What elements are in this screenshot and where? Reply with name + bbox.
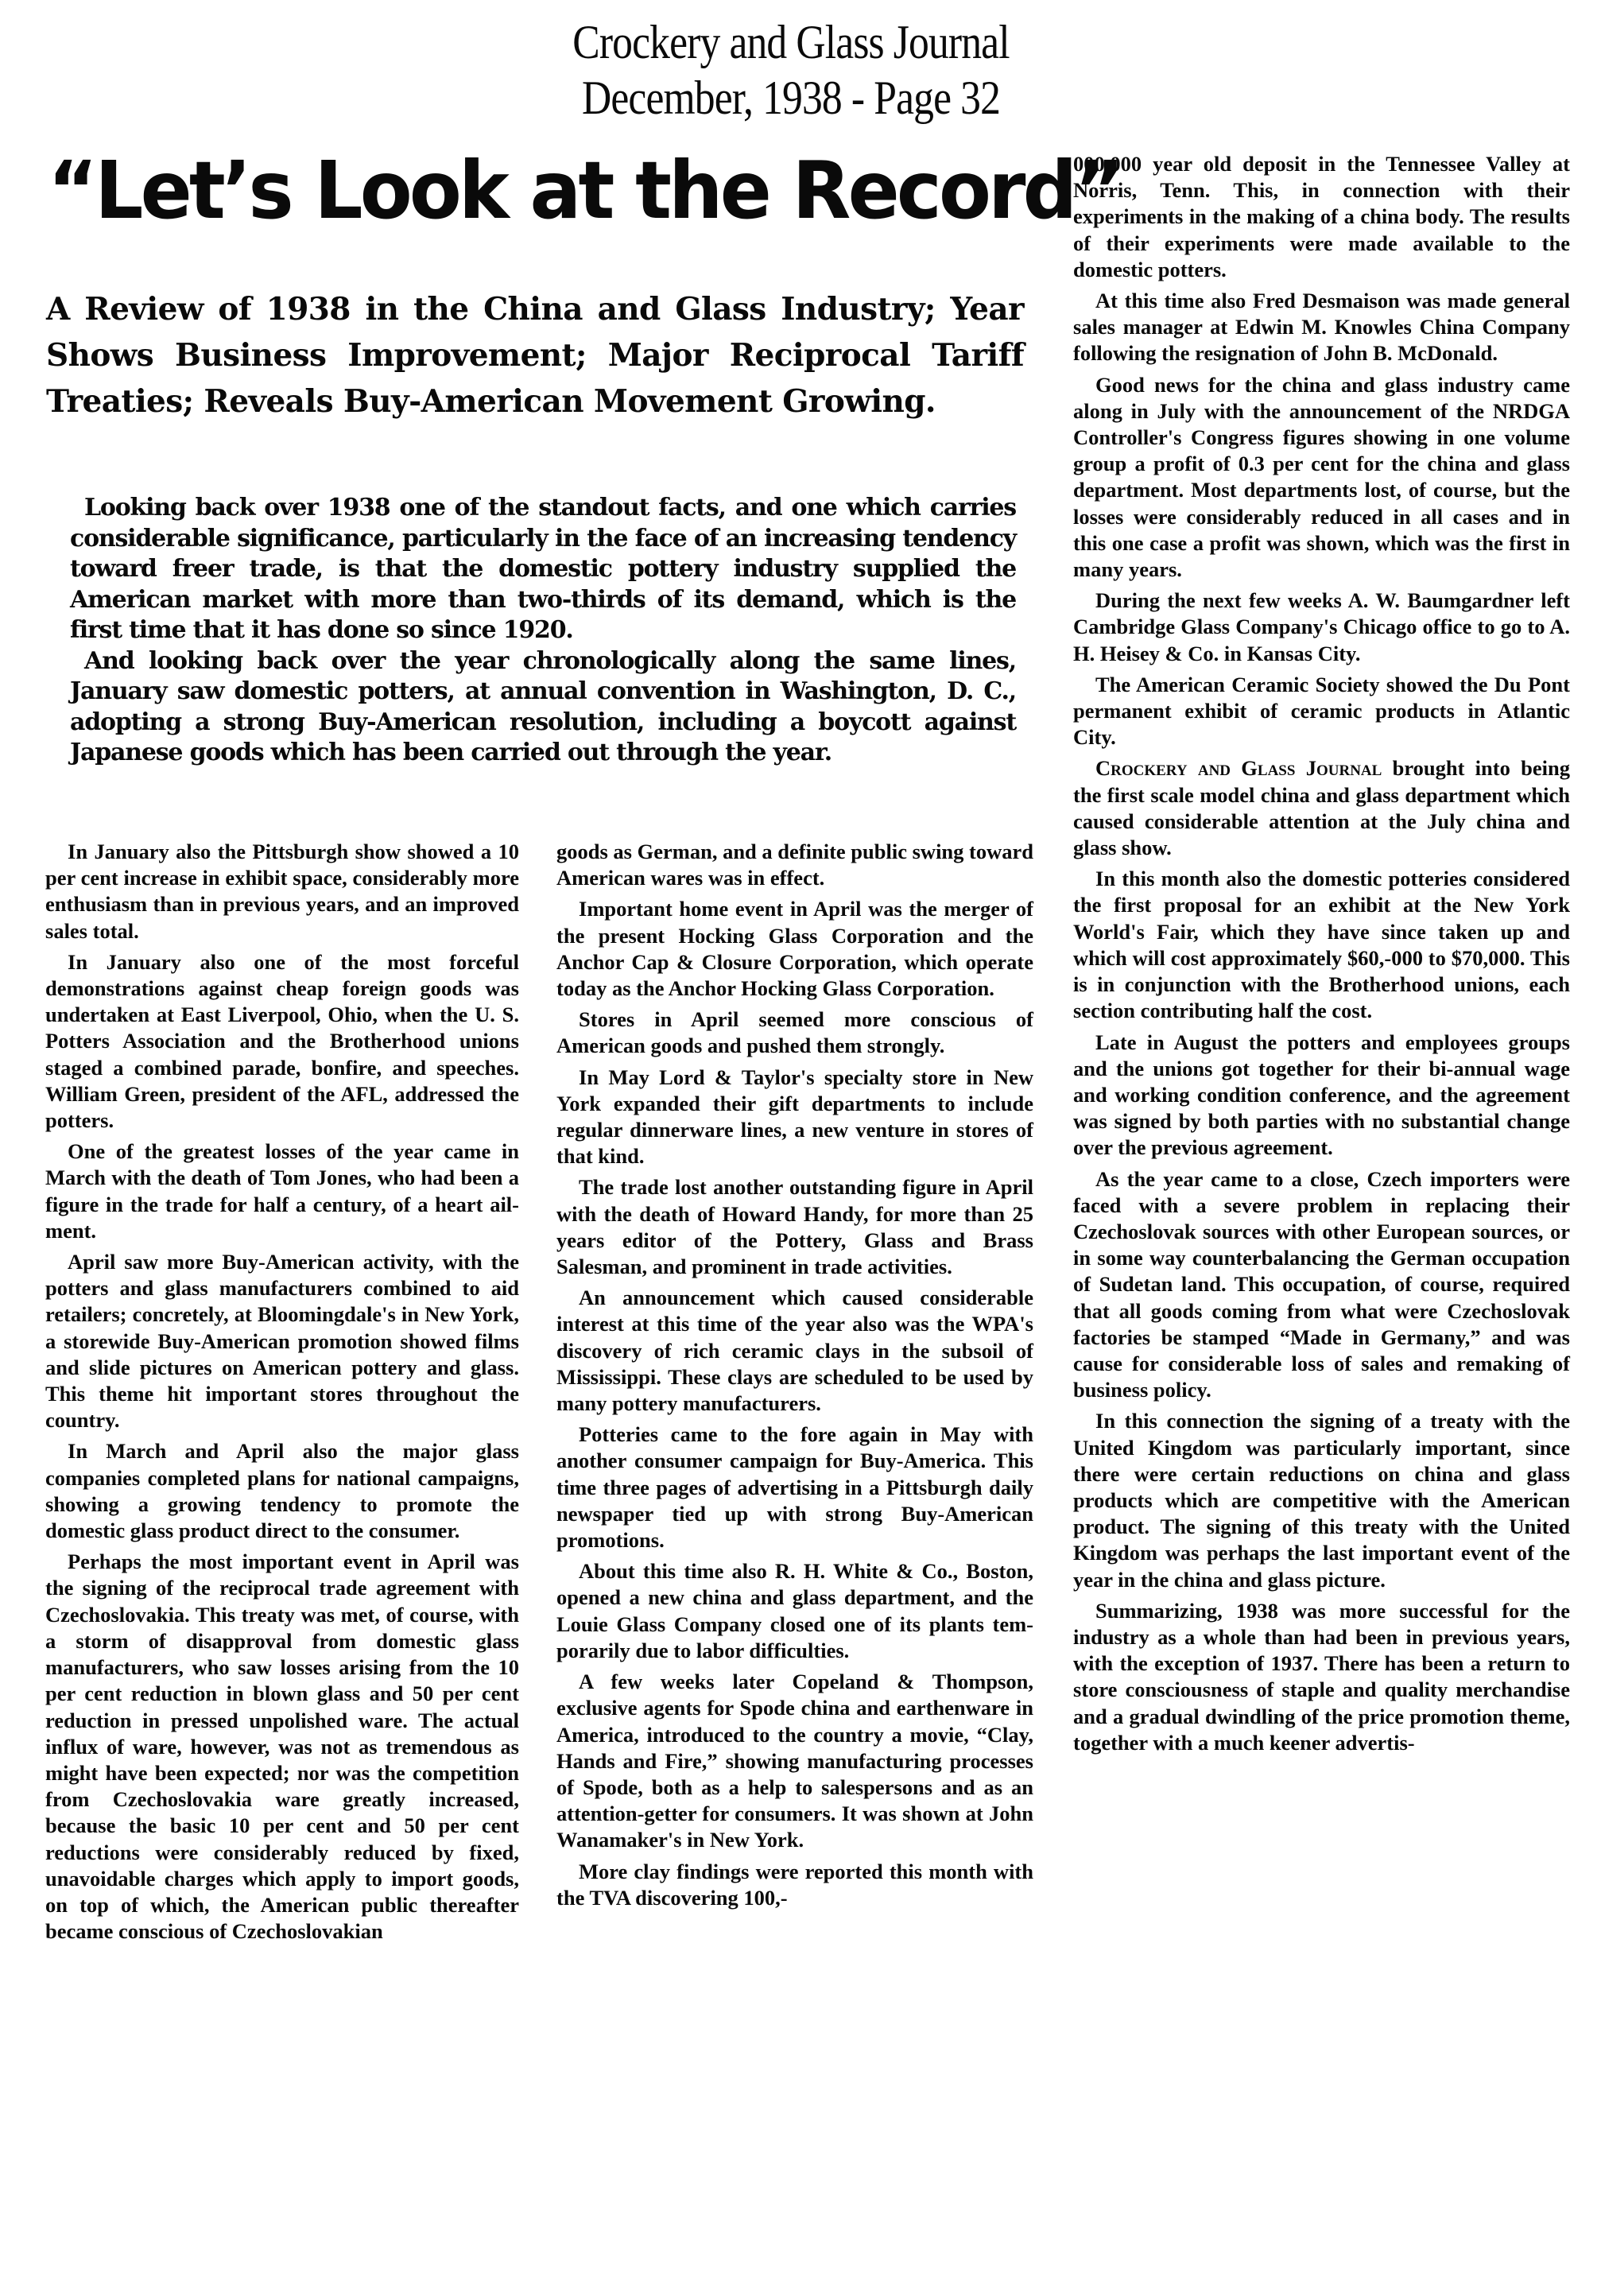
paragraph: Summarizing, 1938 was more success­ful f… [1073, 1598, 1570, 1756]
paragraph-continued: 000,000 year old deposit in the Tennes­s… [1073, 151, 1570, 283]
publication-name-smallcaps: Crockery and Glass Journal [1095, 756, 1382, 780]
masthead: Crockery and Glass Journal December, 193… [521, 14, 1060, 126]
paragraph: Late in August the potters and em­ployee… [1073, 1030, 1570, 1162]
paragraph: In this connection the signing of a trea… [1073, 1408, 1570, 1592]
issue-date-page: December, 1938 - Page 32 [521, 70, 1060, 126]
paragraph: More clay findings were reported this mo… [556, 1859, 1033, 1911]
paragraph: During the next few weeks A. W. Baumgard… [1073, 588, 1570, 667]
paragraph: Stores in April seemed more con­scious o… [556, 1006, 1033, 1059]
paragraph: In January also one of the most force­fu… [45, 949, 519, 1134]
paragraph: Important home event in April was the me… [556, 896, 1033, 1002]
intro-paragraph: Looking back over 1938 one of the stando… [70, 493, 1016, 646]
paragraph: As the year came to a close, Czech impor… [1073, 1166, 1570, 1404]
column-right: 000,000 year old deposit in the Tennes­s… [1073, 151, 1570, 1761]
column-left: In January also the Pittsburgh show show… [45, 839, 519, 1949]
paragraph: The American Ceramic Society showed the … [1073, 672, 1570, 751]
paragraph: About this time also R. H. White & Co., … [556, 1558, 1033, 1664]
paragraph: Good news for the china and glass indust… [1073, 372, 1570, 584]
paragraph: In March and April also the major glass … [45, 1438, 519, 1544]
paragraph: At this time also Fred Desmaison was mad… [1073, 288, 1570, 367]
article-intro: Looking back over 1938 one of the stando… [70, 493, 1016, 769]
paragraph: Crockery and Glass Journal brought into … [1073, 755, 1570, 861]
paragraph: In January also the Pittsburgh show show… [45, 839, 519, 944]
paragraph: An announcement which caused con­siderab… [556, 1285, 1033, 1417]
paragraph: In May Lord & Taylor's specialty store i… [556, 1065, 1033, 1170]
intro-paragraph: And looking back over the year chronolog… [70, 646, 1016, 769]
paragraph: A few weeks later Copeland & Thompson, e… [556, 1669, 1033, 1853]
publication-title: Crockery and Glass Journal [521, 14, 1060, 70]
paragraph: The trade lost another outstanding figur… [556, 1174, 1033, 1280]
paragraph: April saw more Buy-American activ­ity, w… [45, 1249, 519, 1433]
article-headline: “Let’s Look at the Record” [48, 143, 1010, 239]
paragraph: In this month also the domestic pot­teri… [1073, 866, 1570, 1024]
paragraph-continued: goods as German, and a definite public s… [556, 839, 1033, 891]
paragraph: One of the greatest losses of the year c… [45, 1138, 519, 1244]
column-middle: goods as German, and a definite public s… [556, 839, 1033, 1916]
paragraph: Perhaps the most important event in Apri… [45, 1549, 519, 1945]
article-deck: A Review of 1938 in the China and Glass … [46, 286, 1024, 425]
paragraph: Potteries came to the fore again in May … [556, 1421, 1033, 1553]
